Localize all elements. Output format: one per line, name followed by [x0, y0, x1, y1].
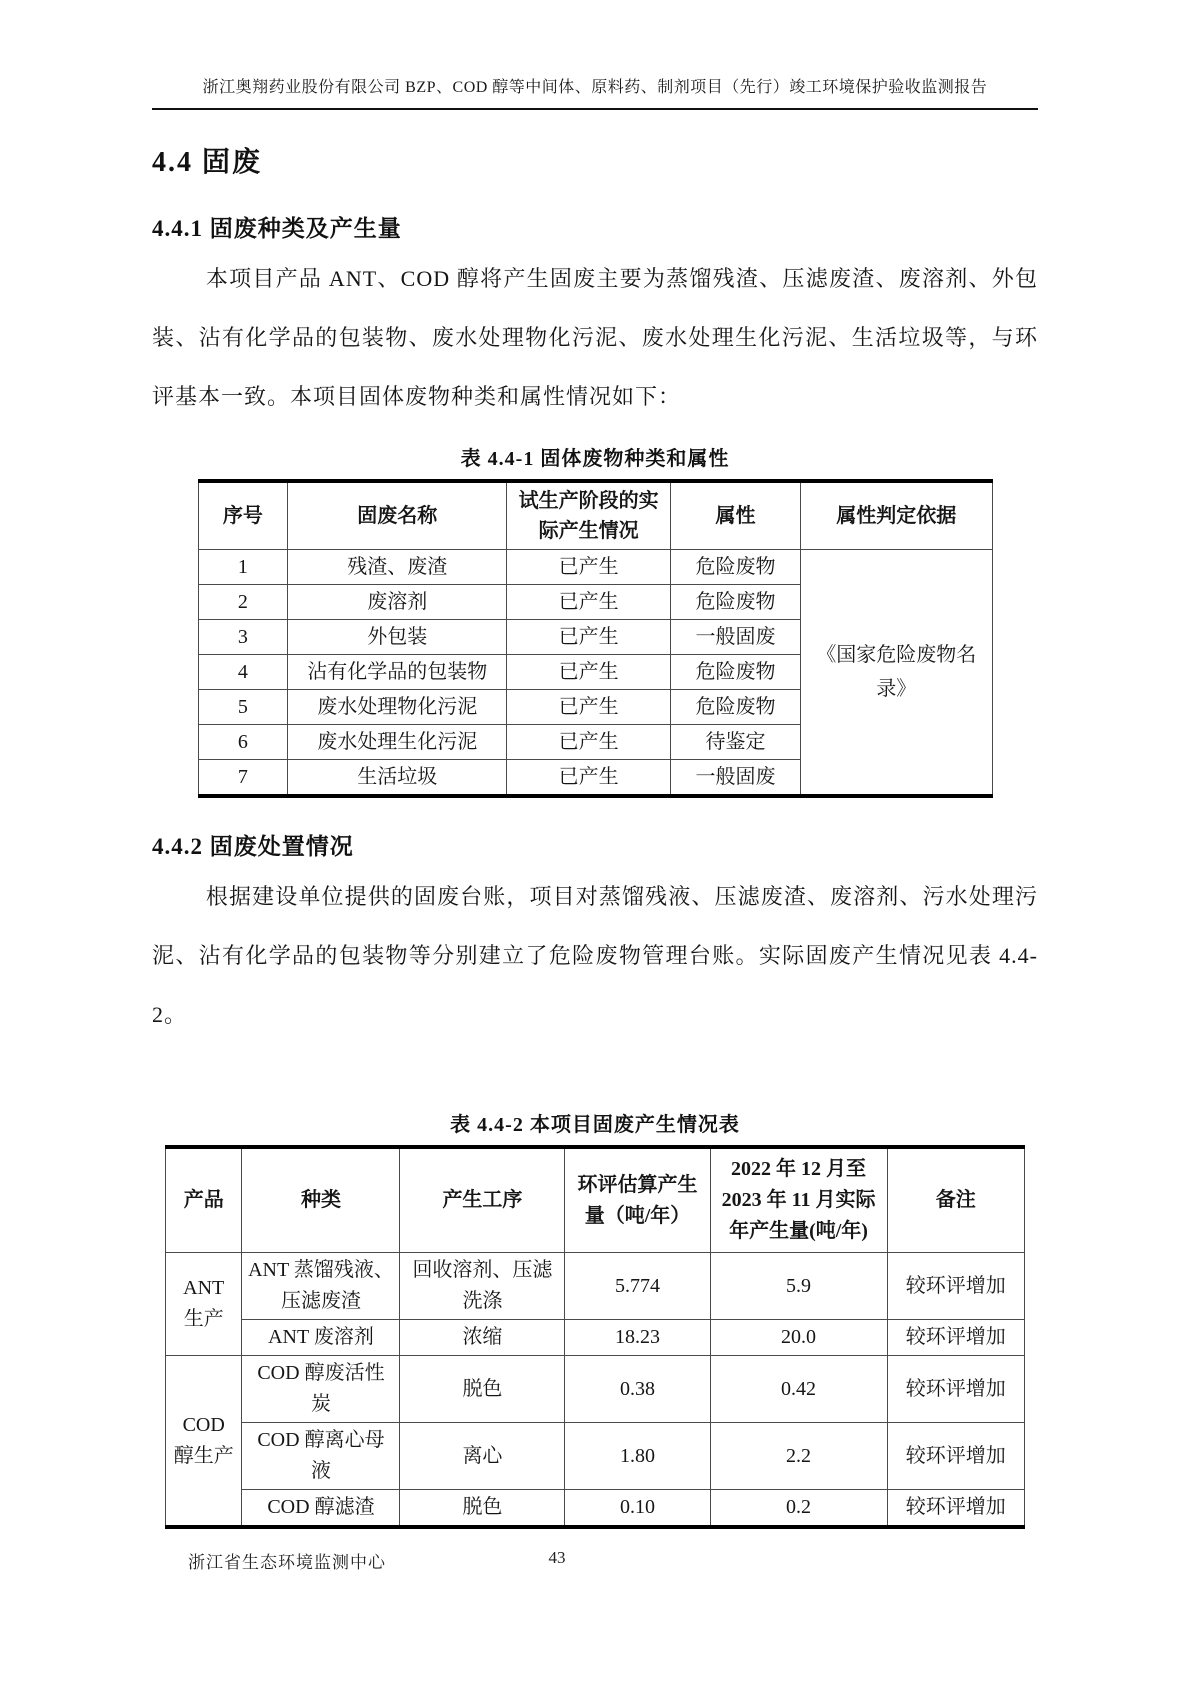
cell-attribute: 危险废物 [670, 585, 800, 620]
cell-waste-name: 外包装 [288, 620, 507, 655]
cell-status: 已产生 [507, 690, 671, 725]
cell-kind: COD 醇滤渣 [242, 1490, 400, 1528]
cell-status: 已产生 [507, 655, 671, 690]
col-header-index: 序号 [198, 481, 288, 550]
table-441-solid-waste-types: 序号 固废名称 试生产阶段的实际产生情况 属性 属性判定依据 1 残渣、废渣 已… [198, 479, 993, 798]
cell-product-group: ANT 生产 [166, 1253, 242, 1356]
cell-status: 已产生 [507, 760, 671, 797]
table-row: COD 醇离心母液 离心 1.80 2.2 较环评增加 [166, 1423, 1025, 1490]
cell-waste-name: 废水处理物化污泥 [288, 690, 507, 725]
cell-index: 4 [198, 655, 288, 690]
cell-waste-name: 沾有化学品的包装物 [288, 655, 507, 690]
cell-kind: ANT 废溶剂 [242, 1320, 400, 1356]
cell-attribute: 危险废物 [670, 550, 800, 585]
cell-process: 脱色 [400, 1356, 565, 1423]
cell-actual-output: 20.0 [710, 1320, 887, 1356]
running-header: 浙江奥翔药业股份有限公司 BZP、COD 醇等中间体、原料药、制剂项目（先行）竣… [152, 76, 1038, 110]
cell-remark: 较环评增加 [887, 1356, 1024, 1423]
cell-kind: COD 醇废活性炭 [242, 1356, 400, 1423]
cell-attribute: 待鉴定 [670, 725, 800, 760]
col-header-kind: 种类 [242, 1147, 400, 1253]
cell-remark: 较环评增加 [887, 1423, 1024, 1490]
table-442-title: 表 4.4-2 本项目固废产生情况表 [152, 1108, 1038, 1137]
cell-remark: 较环评增加 [887, 1320, 1024, 1356]
col-header-process: 产生工序 [400, 1147, 565, 1253]
section-4-4-1-paragraph: 本项目产品 ANT、COD 醇将产生固废主要为蒸馏残渣、压滤废渣、废溶剂、外包装… [152, 249, 1038, 426]
cell-process: 脱色 [400, 1490, 565, 1528]
table-row: 1 残渣、废渣 已产生 危险废物 《国家危险废物名录》 [198, 550, 992, 585]
col-header-trial-production: 试生产阶段的实际产生情况 [507, 481, 671, 550]
page-footer: 浙江省生态环境监测中心 43 [152, 1548, 1038, 1573]
cell-status: 已产生 [507, 550, 671, 585]
cell-actual-output: 5.9 [710, 1253, 887, 1320]
section-4-4-heading: 4.4 固废 [152, 140, 1038, 180]
col-header-waste-name: 固废名称 [288, 481, 507, 550]
table-441-header-row: 序号 固废名称 试生产阶段的实际产生情况 属性 属性判定依据 [198, 481, 992, 550]
col-header-remark: 备注 [887, 1147, 1024, 1253]
cell-kind: ANT 蒸馏残液、压滤废渣 [242, 1253, 400, 1320]
table-441-title: 表 4.4-1 固体废物种类和属性 [152, 442, 1038, 471]
page-number: 43 [152, 1548, 962, 1568]
table-row: COD 醇滤渣 脱色 0.10 0.2 较环评增加 [166, 1490, 1025, 1528]
cell-actual-output: 0.2 [710, 1490, 887, 1528]
cell-waste-name: 生活垃圾 [288, 760, 507, 797]
cell-eia-estimate: 1.80 [565, 1423, 710, 1490]
cell-attribute: 一般固废 [670, 620, 800, 655]
cell-eia-estimate: 0.10 [565, 1490, 710, 1528]
cell-eia-estimate: 5.774 [565, 1253, 710, 1320]
col-header-product: 产品 [166, 1147, 242, 1253]
cell-status: 已产生 [507, 725, 671, 760]
cell-attribute-basis: 《国家危险废物名录》 [801, 550, 992, 797]
table-row: ANT 生产 ANT 蒸馏残液、压滤废渣 回收溶剂、压滤洗涤 5.774 5.9… [166, 1253, 1025, 1320]
cell-attribute: 一般固废 [670, 760, 800, 797]
col-header-attribute: 属性 [670, 481, 800, 550]
cell-index: 5 [198, 690, 288, 725]
section-4-4-2-paragraph: 根据建设单位提供的固废台账，项目对蒸馏残液、压滤废渣、废溶剂、污水处理污泥、沾有… [152, 867, 1038, 1044]
cell-eia-estimate: 18.23 [565, 1320, 710, 1356]
col-header-eia-estimate: 环评估算产生量（吨/年） [565, 1147, 710, 1253]
section-4-4-2-heading: 4.4.2 固废处置情况 [152, 828, 1038, 861]
cell-attribute: 危险废物 [670, 690, 800, 725]
section-4-4-1-heading: 4.4.1 固废种类及产生量 [152, 210, 1038, 243]
table-442-header-row: 产品 种类 产生工序 环评估算产生量（吨/年） 2022 年 12 月至 202… [166, 1147, 1025, 1253]
cell-kind: COD 醇离心母液 [242, 1423, 400, 1490]
cell-status: 已产生 [507, 620, 671, 655]
cell-actual-output: 0.42 [710, 1356, 887, 1423]
cell-waste-name: 残渣、废渣 [288, 550, 507, 585]
cell-index: 7 [198, 760, 288, 797]
cell-process: 回收溶剂、压滤洗涤 [400, 1253, 565, 1320]
cell-remark: 较环评增加 [887, 1490, 1024, 1528]
cell-index: 2 [198, 585, 288, 620]
cell-remark: 较环评增加 [887, 1253, 1024, 1320]
cell-index: 3 [198, 620, 288, 655]
cell-process: 浓缩 [400, 1320, 565, 1356]
cell-process: 离心 [400, 1423, 565, 1490]
table-442-waste-generation: 产品 种类 产生工序 环评估算产生量（吨/年） 2022 年 12 月至 202… [165, 1145, 1025, 1529]
table-row: ANT 废溶剂 浓缩 18.23 20.0 较环评增加 [166, 1320, 1025, 1356]
col-header-actual-output: 2022 年 12 月至 2023 年 11 月实际年产生量(吨/年) [710, 1147, 887, 1253]
cell-waste-name: 废水处理生化污泥 [288, 725, 507, 760]
cell-index: 1 [198, 550, 288, 585]
col-header-attribute-basis: 属性判定依据 [801, 481, 992, 550]
cell-actual-output: 2.2 [710, 1423, 887, 1490]
cell-attribute: 危险废物 [670, 655, 800, 690]
cell-eia-estimate: 0.38 [565, 1356, 710, 1423]
cell-status: 已产生 [507, 585, 671, 620]
cell-index: 6 [198, 725, 288, 760]
cell-waste-name: 废溶剂 [288, 585, 507, 620]
cell-product-group: COD 醇生产 [166, 1356, 242, 1528]
document-page: 浙江奥翔药业股份有限公司 BZP、COD 醇等中间体、原料药、制剂项目（先行）竣… [0, 0, 1190, 1683]
table-row: COD 醇生产 COD 醇废活性炭 脱色 0.38 0.42 较环评增加 [166, 1356, 1025, 1423]
